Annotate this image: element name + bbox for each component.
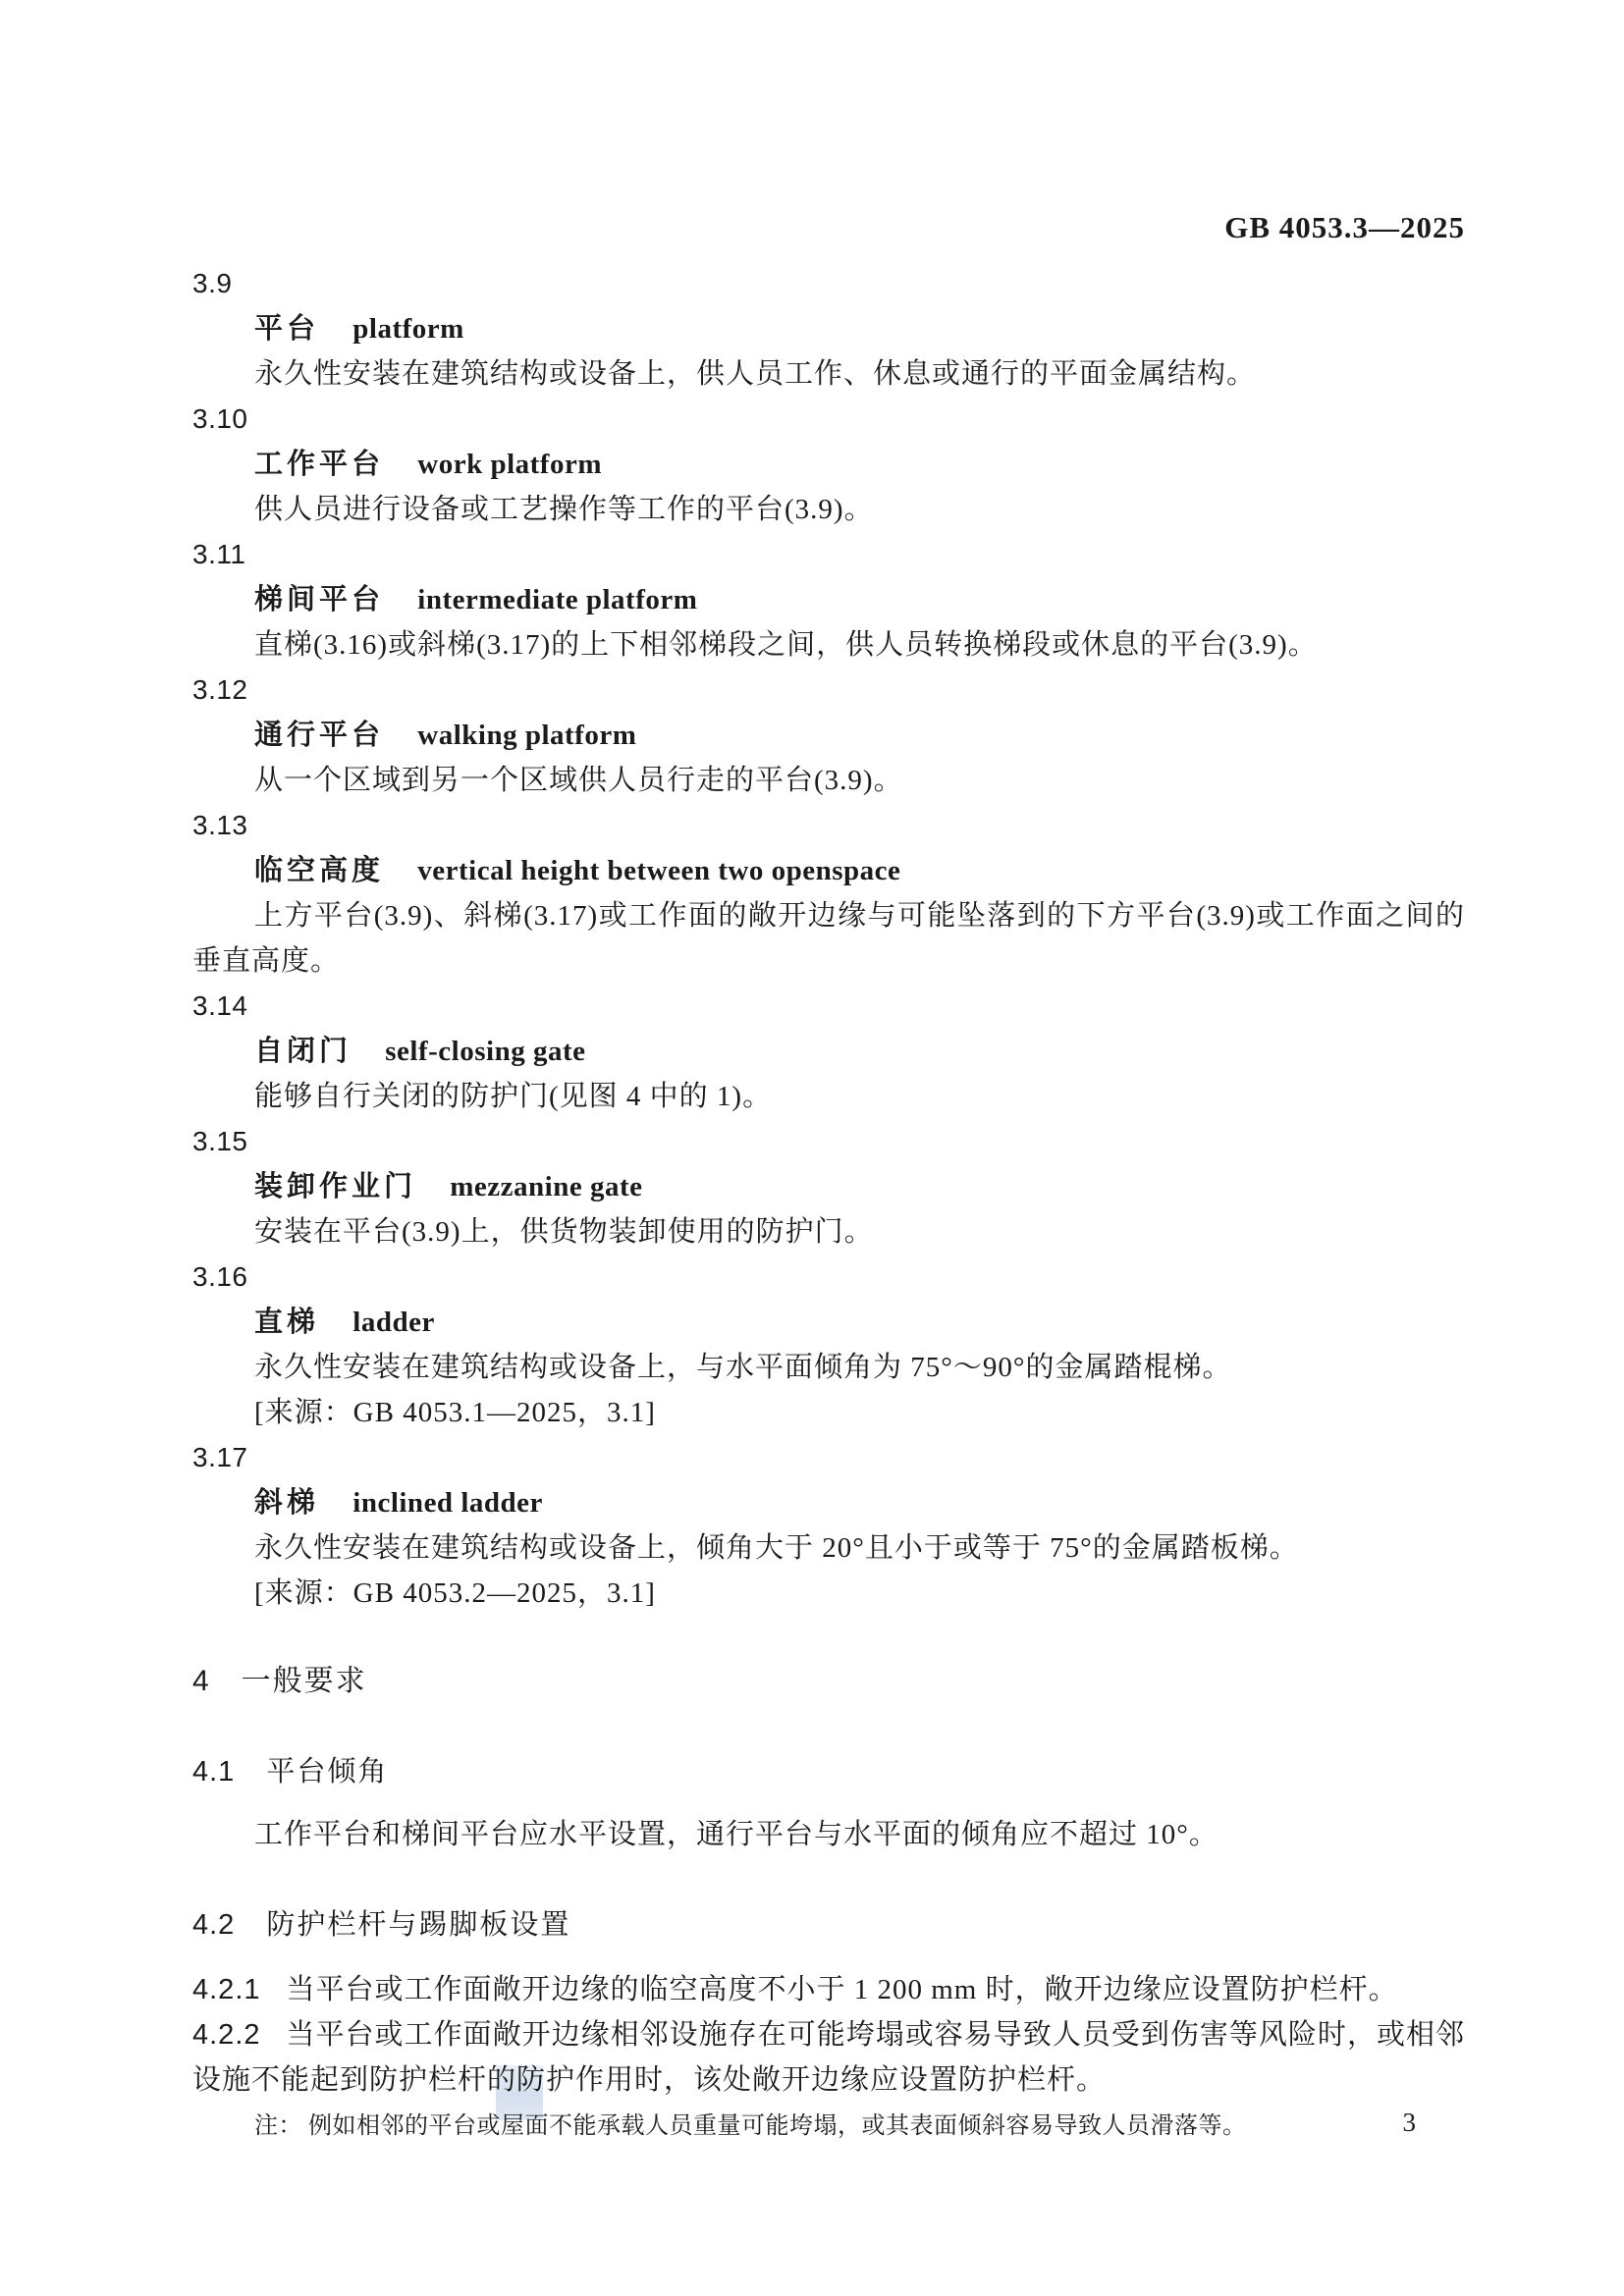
subsection-title: 平台倾角 xyxy=(266,1756,388,1788)
term-title: 斜梯 inclined ladder xyxy=(192,1480,1465,1525)
term-definition: 永久性安装在建筑结构或设备上，与水平面倾角为 75°～90°的金属踏棍梯。 xyxy=(192,1345,1465,1390)
term-entry-3-9: 3.9 平台 platform 永久性安装在建筑结构或设备上，供人员工作、休息或… xyxy=(192,261,1465,397)
clause-text: 当平台或工作面敞开边缘相邻设施存在可能垮塌或容易导致人员受到伤害等风险时，或相邻… xyxy=(192,2019,1465,2096)
term-title: 直梯 ladder xyxy=(192,1300,1465,1345)
subsection-4-2-heading: 4.2防护栏杆与踢脚板设置 xyxy=(192,1902,1465,1948)
term-number: 3.15 xyxy=(192,1119,1465,1164)
term-number: 3.12 xyxy=(192,667,1465,713)
term-chinese: 临空高度 xyxy=(254,855,384,886)
clause-number: 4.2.2 xyxy=(192,2019,261,2051)
term-title: 梯间平台 intermediate platform xyxy=(192,577,1465,622)
term-definition: 上方平台(3.9)、斜梯(3.17)或工作面的敞开边缘与可能坠落到的下方平台(3… xyxy=(192,893,1465,984)
term-entry-3-10: 3.10 工作平台 work platform 供人员进行设备或工艺操作等工作的… xyxy=(192,397,1465,532)
subsection-number: 4.1 xyxy=(192,1756,235,1788)
term-english: work platform xyxy=(417,449,602,480)
term-number: 3.17 xyxy=(192,1435,1465,1480)
term-english: self-closing gate xyxy=(385,1036,585,1067)
term-title: 通行平台 walking platform xyxy=(192,713,1465,758)
page-content: 3.9 平台 platform 永久性安装在建筑结构或设备上，供人员工作、休息或… xyxy=(0,247,1624,2146)
term-definition: 供人员进行设备或工艺操作等工作的平台(3.9)。 xyxy=(192,487,1465,532)
term-title: 临空高度 vertical height between two openspa… xyxy=(192,848,1465,893)
term-english: walking platform xyxy=(417,720,636,751)
subsection-number: 4.2 xyxy=(192,1909,235,1941)
term-chinese: 通行平台 xyxy=(254,720,384,751)
term-number: 3.10 xyxy=(192,397,1465,442)
subsection-4-1-heading: 4.1平台倾角 xyxy=(192,1749,1465,1794)
term-entry-3-17: 3.17 斜梯 inclined ladder 永久性安装在建筑结构或设备上，倾… xyxy=(192,1435,1465,1616)
term-definition: 直梯(3.16)或斜梯(3.17)的上下相邻梯段之间，供人员转换梯段或休息的平台… xyxy=(192,622,1465,667)
subsection-title: 防护栏杆与踢脚板设置 xyxy=(266,1909,570,1941)
term-definition: 永久性安装在建筑结构或设备上，供人员工作、休息或通行的平面金属结构。 xyxy=(192,351,1465,397)
term-chinese: 斜梯 xyxy=(254,1487,319,1519)
term-english: ladder xyxy=(352,1307,435,1338)
term-english: intermediate platform xyxy=(417,584,697,615)
note-label: 注： xyxy=(254,2112,302,2139)
term-entry-3-13: 3.13 临空高度 vertical height between two op… xyxy=(192,803,1465,984)
clause-text: 当平台或工作面敞开边缘的临空高度不小于 1 200 mm 时，敞开边缘应设置防护… xyxy=(287,1974,1398,2005)
term-english: mezzanine gate xyxy=(450,1171,642,1202)
section-4: 4一般要求 4.1平台倾角 工作平台和梯间平台应水平设置，通行平台与水平面的倾角… xyxy=(192,1659,1465,2146)
term-title: 工作平台 work platform xyxy=(192,442,1465,487)
term-title: 平台 platform xyxy=(192,306,1465,351)
term-english: inclined ladder xyxy=(352,1487,543,1519)
term-source: [来源：GB 4053.2—2025，3.1] xyxy=(192,1571,1465,1616)
document-page: GB 4053.3—2025 3.9 平台 platform 永久性安装在建筑结… xyxy=(0,0,1624,2296)
standard-code: GB 4053.3—2025 xyxy=(1224,210,1465,244)
term-definition: 从一个区域到另一个区域供人员行走的平台(3.9)。 xyxy=(192,758,1465,803)
note-text: 例如相邻的平台或屋面不能承载人员重量可能垮塌，或其表面倾斜容易导致人员滑落等。 xyxy=(308,2113,1247,2139)
term-entry-3-15: 3.15 装卸作业门 mezzanine gate 安装在平台(3.9)上，供货… xyxy=(192,1119,1465,1255)
subsection-4-1-body: 工作平台和梯间平台应水平设置，通行平台与水平面的倾角应不超过 10°。 xyxy=(192,1812,1465,1857)
term-chinese: 装卸作业门 xyxy=(254,1171,416,1202)
term-number: 3.13 xyxy=(192,803,1465,848)
term-title: 装卸作业门 mezzanine gate xyxy=(192,1164,1465,1209)
term-chinese: 直梯 xyxy=(254,1307,319,1338)
section-title: 一般要求 xyxy=(242,1665,367,1697)
term-definition: 能够自行关闭的防护门(见图 4 中的 1)。 xyxy=(192,1074,1465,1119)
note: 注：例如相邻的平台或屋面不能承载人员重量可能垮塌，或其表面倾斜容易导致人员滑落等… xyxy=(192,2107,1465,2146)
clause-4-2-1: 4.2.1当平台或工作面敞开边缘的临空高度不小于 1 200 mm 时，敞开边缘… xyxy=(192,1967,1465,2012)
clause-4-2-2: 4.2.2当平台或工作面敞开边缘相邻设施存在可能垮塌或容易导致人员受到伤害等风险… xyxy=(192,2012,1465,2103)
term-chinese: 自闭门 xyxy=(254,1036,352,1067)
term-number: 3.14 xyxy=(192,984,1465,1029)
document-header: GB 4053.3—2025 xyxy=(0,0,1624,247)
section-number: 4 xyxy=(192,1665,210,1697)
term-chinese: 工作平台 xyxy=(254,449,384,480)
term-entry-3-11: 3.11 梯间平台 intermediate platform 直梯(3.16)… xyxy=(192,532,1465,667)
term-entry-3-12: 3.12 通行平台 walking platform 从一个区域到另一个区域供人… xyxy=(192,667,1465,803)
term-definition: 安装在平台(3.9)上，供货物装卸使用的防护门。 xyxy=(192,1209,1465,1255)
term-english: platform xyxy=(352,313,464,345)
term-number: 3.16 xyxy=(192,1255,1465,1300)
term-entry-3-14: 3.14 自闭门 self-closing gate 能够自行关闭的防护门(见图… xyxy=(192,984,1465,1119)
term-title: 自闭门 self-closing gate xyxy=(192,1029,1465,1074)
term-number: 3.9 xyxy=(192,261,1465,306)
terms-section: 3.9 平台 platform 永久性安装在建筑结构或设备上，供人员工作、休息或… xyxy=(192,261,1465,1616)
section-4-heading: 4一般要求 xyxy=(192,1659,1465,1704)
clause-number: 4.2.1 xyxy=(192,1974,261,2005)
term-definition: 永久性安装在建筑结构或设备上，倾角大于 20°且小于或等于 75°的金属踏板梯。 xyxy=(192,1525,1465,1571)
term-english: vertical height between two openspace xyxy=(417,855,900,886)
term-chinese: 梯间平台 xyxy=(254,584,384,615)
term-number: 3.11 xyxy=(192,532,1465,577)
term-chinese: 平台 xyxy=(254,313,319,345)
term-source: [来源：GB 4053.1—2025，3.1] xyxy=(192,1390,1465,1435)
term-entry-3-16: 3.16 直梯 ladder 永久性安装在建筑结构或设备上，与水平面倾角为 75… xyxy=(192,1255,1465,1435)
